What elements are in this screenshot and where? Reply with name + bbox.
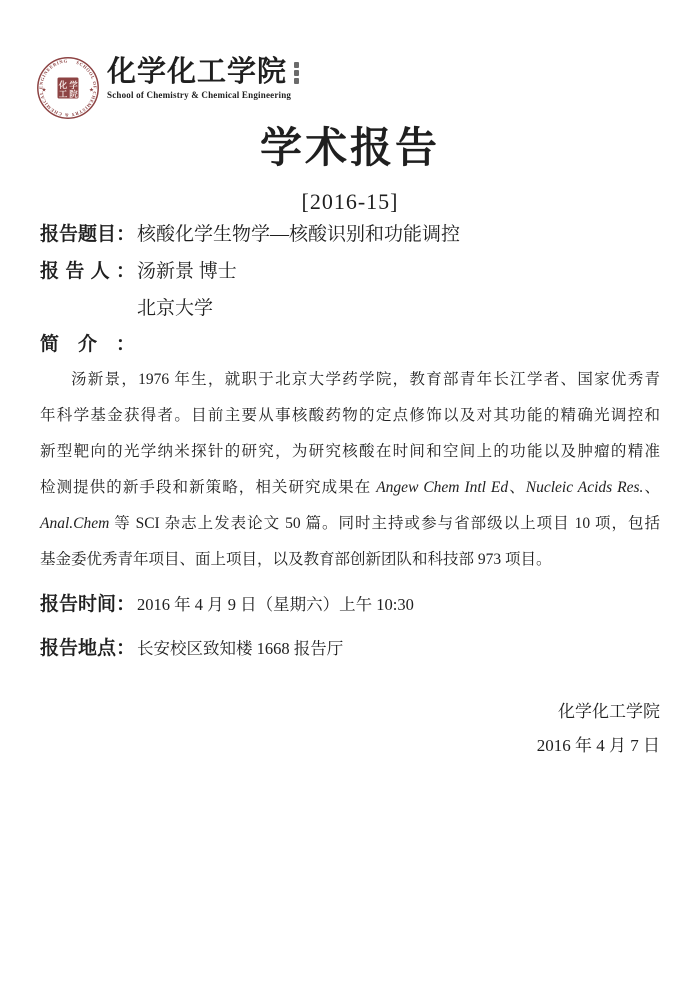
intro-label: 简介：: [40, 332, 135, 358]
place-label: 报告地点：: [40, 636, 135, 662]
intro-line: 年科学基金获得者。目前主要从事核酸药物的定点修饰以及对其功能的精确光调控和: [40, 398, 660, 434]
intro-line: 基金委优秀青年项目、面上项目，以及教育部创新团队和科技部 973 项目。: [40, 542, 660, 578]
speaker-label: 报告人：: [40, 259, 135, 285]
seal-star-right-icon: ★: [89, 87, 94, 94]
speaker-row: 报告人：汤新景 博士: [40, 259, 660, 285]
seal-char-3: 工: [59, 89, 68, 99]
topic-row: 报告题目：核酸化学生物学—核酸识别和功能调控: [40, 222, 660, 248]
institute-logo: SCHOOL OF CHEMISTRY & CHEMICAL ENGINEERI…: [36, 56, 299, 120]
speaker-affiliation: 北京大学: [137, 296, 213, 322]
seal-star-left-icon: ★: [42, 87, 47, 94]
institute-seal-icon: SCHOOL OF CHEMISTRY & CHEMICAL ENGINEERI…: [36, 56, 100, 120]
seal-char-4: 院: [69, 89, 78, 99]
page-title: 学术报告: [0, 124, 700, 174]
place-row: 报告地点：长安校区致知楼 1668 报告厅: [40, 636, 660, 662]
institute-name-cn: 化学化工学院: [107, 57, 287, 87]
institute-name-en: School of Chemistry & Chemical Engineeri…: [107, 90, 299, 100]
intro-line: 新型靶向的光学纳米探针的研究，为研究核酸在时间和空间上的功能以及肿瘤的精准: [40, 434, 660, 470]
intro-row: 简介：: [40, 332, 660, 358]
intro-line: 检测提供的新手段和新策略，相关研究成果在 Angew Chem Intl Ed、…: [40, 470, 660, 506]
signature-date: 2016 年 4 月 7 日: [537, 729, 660, 763]
calligrapher-mark-icon: [294, 62, 299, 84]
signature-institute: 化学化工学院: [537, 695, 660, 729]
issue-number: [2016-15]: [0, 189, 700, 215]
topic-value: 核酸化学生物学—核酸识别和功能调控: [137, 224, 460, 245]
speaker-value: 汤新景 博士: [137, 261, 237, 282]
topic-label: 报告题目：: [40, 222, 135, 248]
place-value: 长安校区致知楼 1668 报告厅: [137, 639, 343, 658]
time-value: 2016 年 4 月 9 日（星期六）上午 10:30: [137, 595, 414, 614]
time-row: 报告时间：2016 年 4 月 9 日（星期六）上午 10:30: [40, 592, 660, 618]
time-label: 报告时间：: [40, 592, 135, 618]
intro-line: 汤新景，1976 年生，就职于北京大学药学院，教育部青年长江学者、国家优秀青: [40, 362, 660, 398]
intro-paragraph: 汤新景，1976 年生，就职于北京大学药学院，教育部青年长江学者、国家优秀青年科…: [40, 362, 660, 578]
signature-block: 化学化工学院 2016 年 4 月 7 日: [537, 695, 660, 763]
announcement-page: SCHOOL OF CHEMISTRY & CHEMICAL ENGINEERI…: [0, 0, 700, 989]
intro-line: Anal.Chem 等 SCI 杂志上发表论文 50 篇。同时主持或参与省部级以…: [40, 506, 660, 542]
institute-name-block: 化学化工学院 School of Chemistry & Chemical En…: [107, 56, 299, 100]
